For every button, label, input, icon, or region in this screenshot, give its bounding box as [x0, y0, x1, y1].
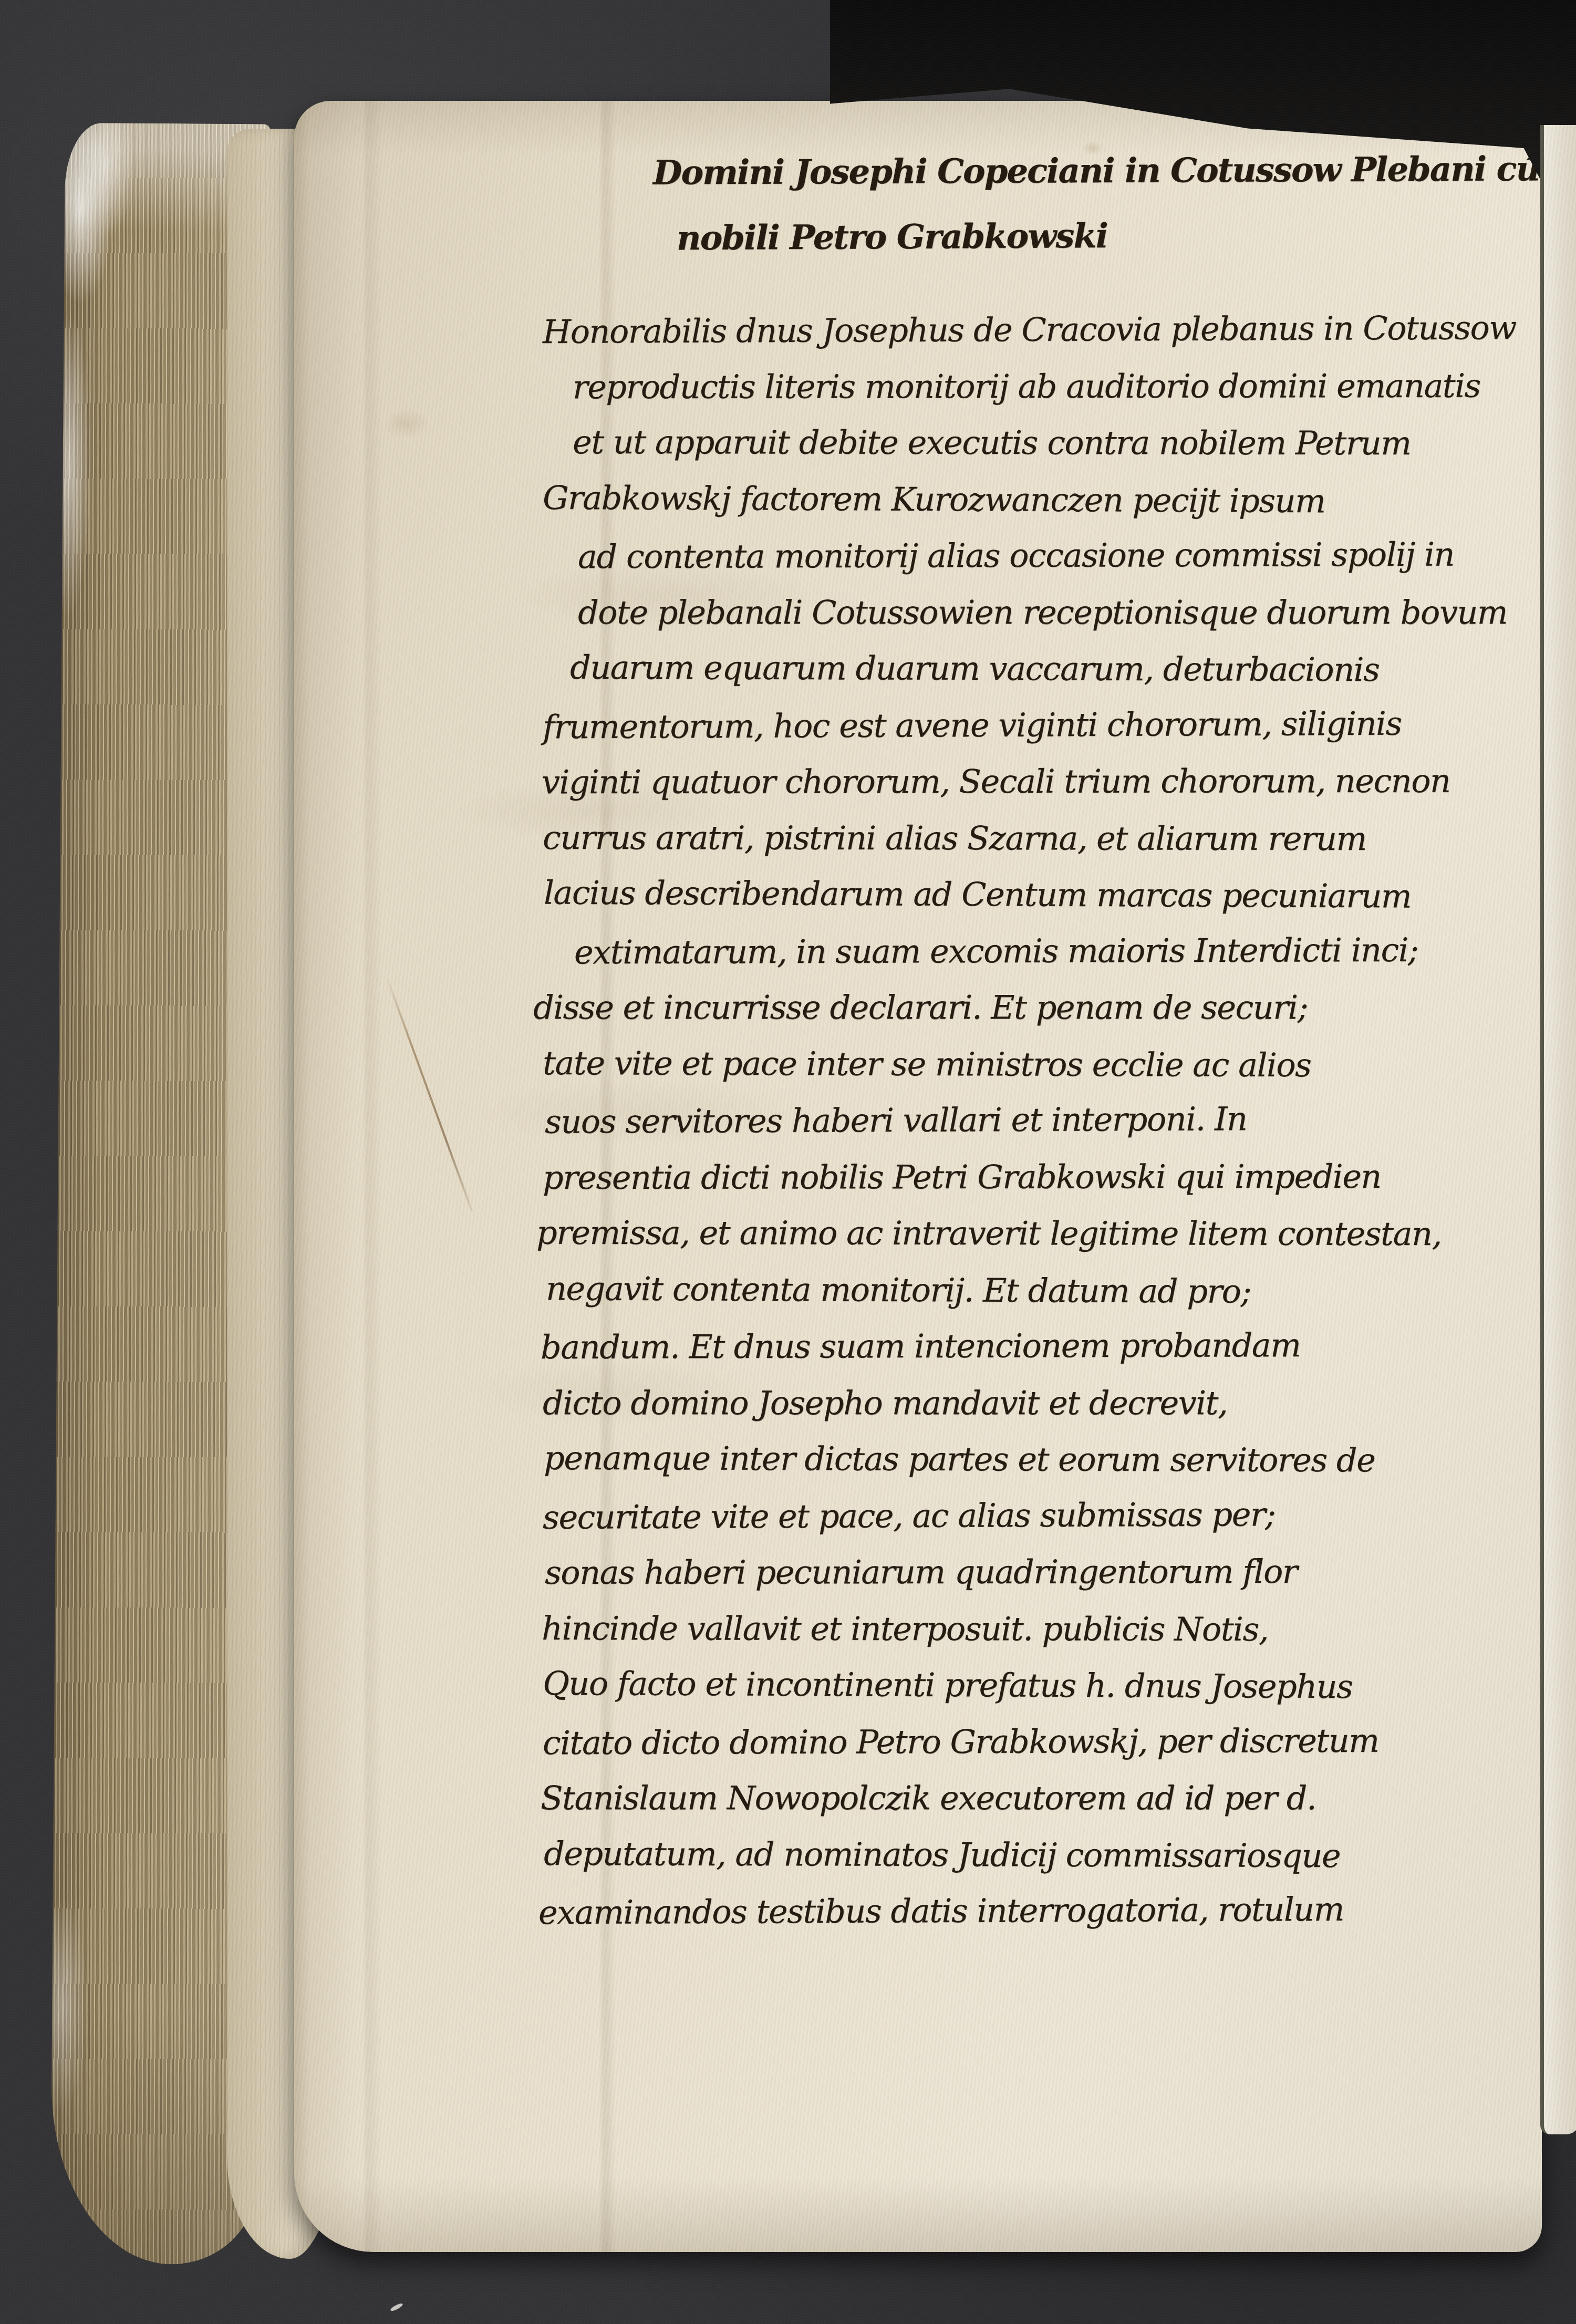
manuscript-line: viginti quatuor chororum, Secali trium c…: [542, 765, 1450, 798]
manuscript-line: examinandos testibus datis interrogatori…: [538, 1893, 1344, 1929]
manuscript-line: lacius describendarum ad Centum marcas p…: [544, 877, 1411, 913]
manuscript-line: presentia dicti nobilis Petri Grabkowski…: [543, 1160, 1381, 1194]
manuscript-line: bandum. Et dnus suam intencionem proband…: [541, 1329, 1301, 1364]
manuscript-line: currus aratri, pistrini alias Szarna, et…: [543, 821, 1366, 855]
manuscript-line: frumentorum, hoc est avene viginti choro…: [543, 707, 1402, 743]
manuscript-line: securitate vite et pace, ac alias submis…: [543, 1498, 1276, 1534]
manuscript-line: dote plebanali Cotussowien receptionisqu…: [578, 596, 1507, 629]
manuscript-line: sonas haberi pecuniarum quadringentorum …: [545, 1555, 1297, 1589]
manuscript-photo: Domini Josephi Copeciani in Cotussow Ple…: [0, 0, 1576, 2324]
manuscript-line: deputatum, ad nominatos Judicij commissa…: [544, 1837, 1340, 1872]
manuscript-line: suos servitores haberi vallari et interp…: [545, 1103, 1247, 1138]
manuscript-line: Grabkowskj factorem Kurozwanczen pecijt …: [543, 481, 1325, 517]
manuscript-line: extimatarum, in suam excomis maioris Int…: [574, 933, 1418, 968]
facing-page-edge: [1540, 125, 1576, 2134]
book-page: Domini Josephi Copeciani in Cotussow Ple…: [294, 101, 1542, 2252]
manuscript-line: ad contenta monitorij alias occasione co…: [578, 538, 1454, 574]
manuscript-line: penamque inter dictas partes et eorum se…: [544, 1442, 1375, 1477]
manuscript-line: tate vite et pace inter se ministros ecc…: [543, 1046, 1311, 1081]
manuscript-line: duarum equarum duarum vaccarum, deturbac…: [570, 651, 1379, 686]
manuscript-line: dicto domino Josepho mandavit et decrevi…: [543, 1387, 1227, 1419]
manuscript-line: Quo facto et incontinenti prefatus h. dn…: [543, 1667, 1353, 1703]
manuscript-line: Stanislaum Nowopolczik executorem ad id …: [541, 1782, 1316, 1814]
manuscript-line: et ut apparuit debite executis contra no…: [573, 426, 1411, 460]
manuscript-line: disse et incurrisse declarari. Et penam …: [533, 991, 1308, 1024]
dust-speck: [390, 2302, 404, 2312]
manuscript-line: Honorabilis dnus Josephus de Cracovia pl…: [543, 312, 1516, 348]
manuscript-line: citato dicto domino Petro Grabkowskj, pe…: [543, 1724, 1379, 1759]
manuscript-line: negavit contenta monitorij. Et datum ad …: [546, 1272, 1251, 1308]
manuscript-line: premissa, et animo ac intraverit legitim…: [536, 1217, 1442, 1250]
manuscript-line: reproductis literis monitorij ab auditor…: [573, 369, 1480, 403]
manuscript-line: hincinde vallavit et interposuit. public…: [542, 1612, 1268, 1646]
body-lines: Honorabilis dnus Josephus de Cracovia pl…: [294, 101, 1542, 2252]
